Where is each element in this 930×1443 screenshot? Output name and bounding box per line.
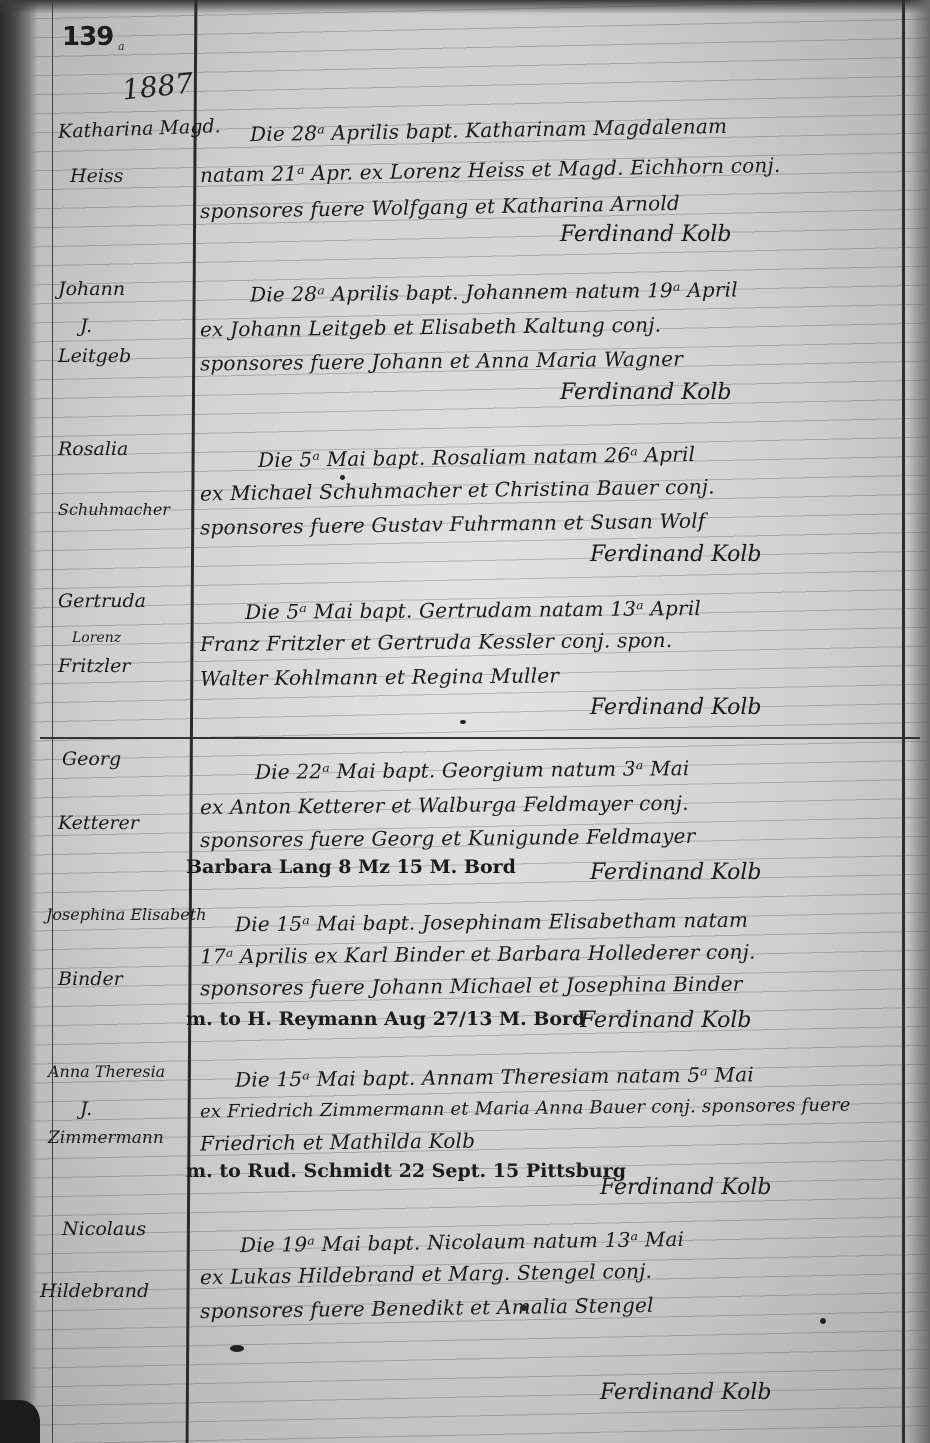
entry-line: Friedrich et Mathilda Kolb bbox=[200, 1129, 475, 1156]
entry-line: Die 15ᵃ Mai bapt. Annam Theresiam natam … bbox=[235, 1062, 754, 1091]
entry-line: natam 21ᵃ Apr. ex Lorenz Heiss et Magd. … bbox=[200, 153, 781, 187]
margin-child-surname: Ketterer bbox=[58, 812, 139, 834]
priest-signature: Ferdinand Kolb bbox=[600, 1380, 771, 1405]
margin-child-name: Georg bbox=[62, 748, 121, 770]
margin-child-surname: Schuhmacher bbox=[58, 500, 170, 519]
priest-signature: Ferdinand Kolb bbox=[560, 380, 731, 405]
priest-signature: Ferdinand Kolb bbox=[600, 1175, 771, 1200]
register-year: 1887 bbox=[120, 66, 194, 106]
margin-child-name: Rosalia bbox=[58, 438, 128, 460]
entry-line: ex Friedrich Zimmermann et Maria Anna Ba… bbox=[200, 1095, 851, 1123]
marriage-note: m. to H. Reymann Aug 27/13 M. Bord bbox=[186, 1008, 585, 1030]
entry-line: Walter Kohlmann et Regina Muller bbox=[200, 663, 559, 690]
margin-middle-name: Lorenz bbox=[72, 630, 121, 646]
priest-signature: Ferdinand Kolb bbox=[580, 1008, 751, 1033]
entry-line: sponsores fuere Georg et Kunigunde Feldm… bbox=[200, 824, 696, 852]
book-binding-shadow bbox=[0, 0, 38, 1443]
entry-line: Die 22ᵃ Mai bapt. Georgium natum 3ᵃ Mai bbox=[255, 756, 690, 784]
entry-line: ex Johann Leitgeb et Elisabeth Kaltung c… bbox=[200, 313, 661, 342]
entry-line: Die 5ᵃ Mai bapt. Gertrudam natam 13ᵃ Apr… bbox=[245, 596, 701, 624]
entry-line: Die 19ᵃ Mai bapt. Nicolaum natum 13ᵃ Mai bbox=[240, 1227, 684, 1257]
column-divider bbox=[186, 0, 198, 1443]
page-number: 139 bbox=[62, 22, 113, 52]
top-edge-shadow bbox=[0, 0, 930, 14]
right-border-rule bbox=[902, 0, 905, 1443]
margin-child-name: Gertruda bbox=[58, 590, 146, 612]
entry-line: ex Lukas Hildebrand et Marg. Stengel con… bbox=[200, 1259, 652, 1289]
entry-line: ex Anton Ketterer et Walburga Feldmayer … bbox=[200, 791, 689, 819]
entry-line: Die 15ᵃ Mai bapt. Josephinam Elisabetham… bbox=[235, 908, 748, 936]
margin-child-surname: Leitgeb bbox=[58, 345, 131, 367]
entry-line: Franz Fritzler et Gertruda Kessler conj.… bbox=[200, 628, 673, 656]
marriage-note: Barbara Lang 8 Mz 15 M. Bord bbox=[186, 856, 516, 878]
entry-line: sponsores fuere Gustav Fuhrmann et Susan… bbox=[200, 508, 706, 539]
entry-line: sponsores fuere Wolfgang et Katharina Ar… bbox=[200, 191, 680, 223]
priest-signature: Ferdinand Kolb bbox=[560, 222, 731, 247]
scan-speck bbox=[520, 1305, 528, 1311]
margin-child-name: Anna Theresia bbox=[48, 1062, 165, 1081]
ink-blot bbox=[230, 1345, 244, 1352]
margin-child-surname: Fritzler bbox=[58, 655, 130, 677]
margin-rule bbox=[52, 0, 53, 1443]
scan-speck bbox=[820, 1318, 826, 1324]
scan-speck bbox=[460, 720, 466, 724]
entry-line: sponsores fuere Benedikt et Amalia Steng… bbox=[200, 1293, 654, 1323]
entry-line: sponsores fuere Johann Michael et Joseph… bbox=[200, 972, 743, 1001]
margin-child-surname: Binder bbox=[58, 968, 123, 990]
scan-speck bbox=[340, 475, 345, 480]
entry-line: Die 28ᵃ Aprilis bapt. Katharinam Magdale… bbox=[250, 114, 728, 146]
page-suffix: a bbox=[118, 40, 125, 53]
entry-line: Die 28ᵃ Aprilis bapt. Johannem natum 19ᵃ… bbox=[250, 277, 738, 306]
entry-line: 17ᵃ Aprilis ex Karl Binder et Barbara Ho… bbox=[200, 940, 756, 969]
margin-child-name: Johann bbox=[58, 278, 125, 300]
right-edge-shadow bbox=[908, 0, 930, 1443]
priest-signature: Ferdinand Kolb bbox=[590, 542, 761, 567]
margin-child-surname: Heiss bbox=[70, 165, 123, 187]
corner-smudge bbox=[0, 1400, 40, 1443]
register-page: 139 a 1887 Katharina Magd. Heiss Die 28ᵃ… bbox=[0, 0, 930, 1443]
margin-child-name: Nicolaus bbox=[62, 1218, 146, 1240]
entry-line: Die 5ᵃ Mai bapt. Rosaliam natam 26ᵃ Apri… bbox=[258, 442, 695, 472]
margin-child-surname: Hildebrand bbox=[40, 1280, 149, 1302]
entry-line: ex Michael Schuhmacher et Christina Baue… bbox=[200, 474, 715, 505]
priest-signature: Ferdinand Kolb bbox=[590, 695, 761, 720]
margin-child-name: Josephina Elisabeth bbox=[46, 905, 206, 924]
margin-child-surname: Zimmermann bbox=[48, 1128, 164, 1148]
priest-signature: Ferdinand Kolb bbox=[590, 860, 761, 885]
margin-initial: J. bbox=[80, 315, 92, 337]
margin-initial: J. bbox=[80, 1098, 92, 1120]
section-divider bbox=[40, 737, 920, 739]
marriage-note: m. to Rud. Schmidt 22 Sept. 15 Pittsburg bbox=[186, 1160, 626, 1182]
entry-line: sponsores fuere Johann et Anna Maria Wag… bbox=[200, 346, 683, 375]
